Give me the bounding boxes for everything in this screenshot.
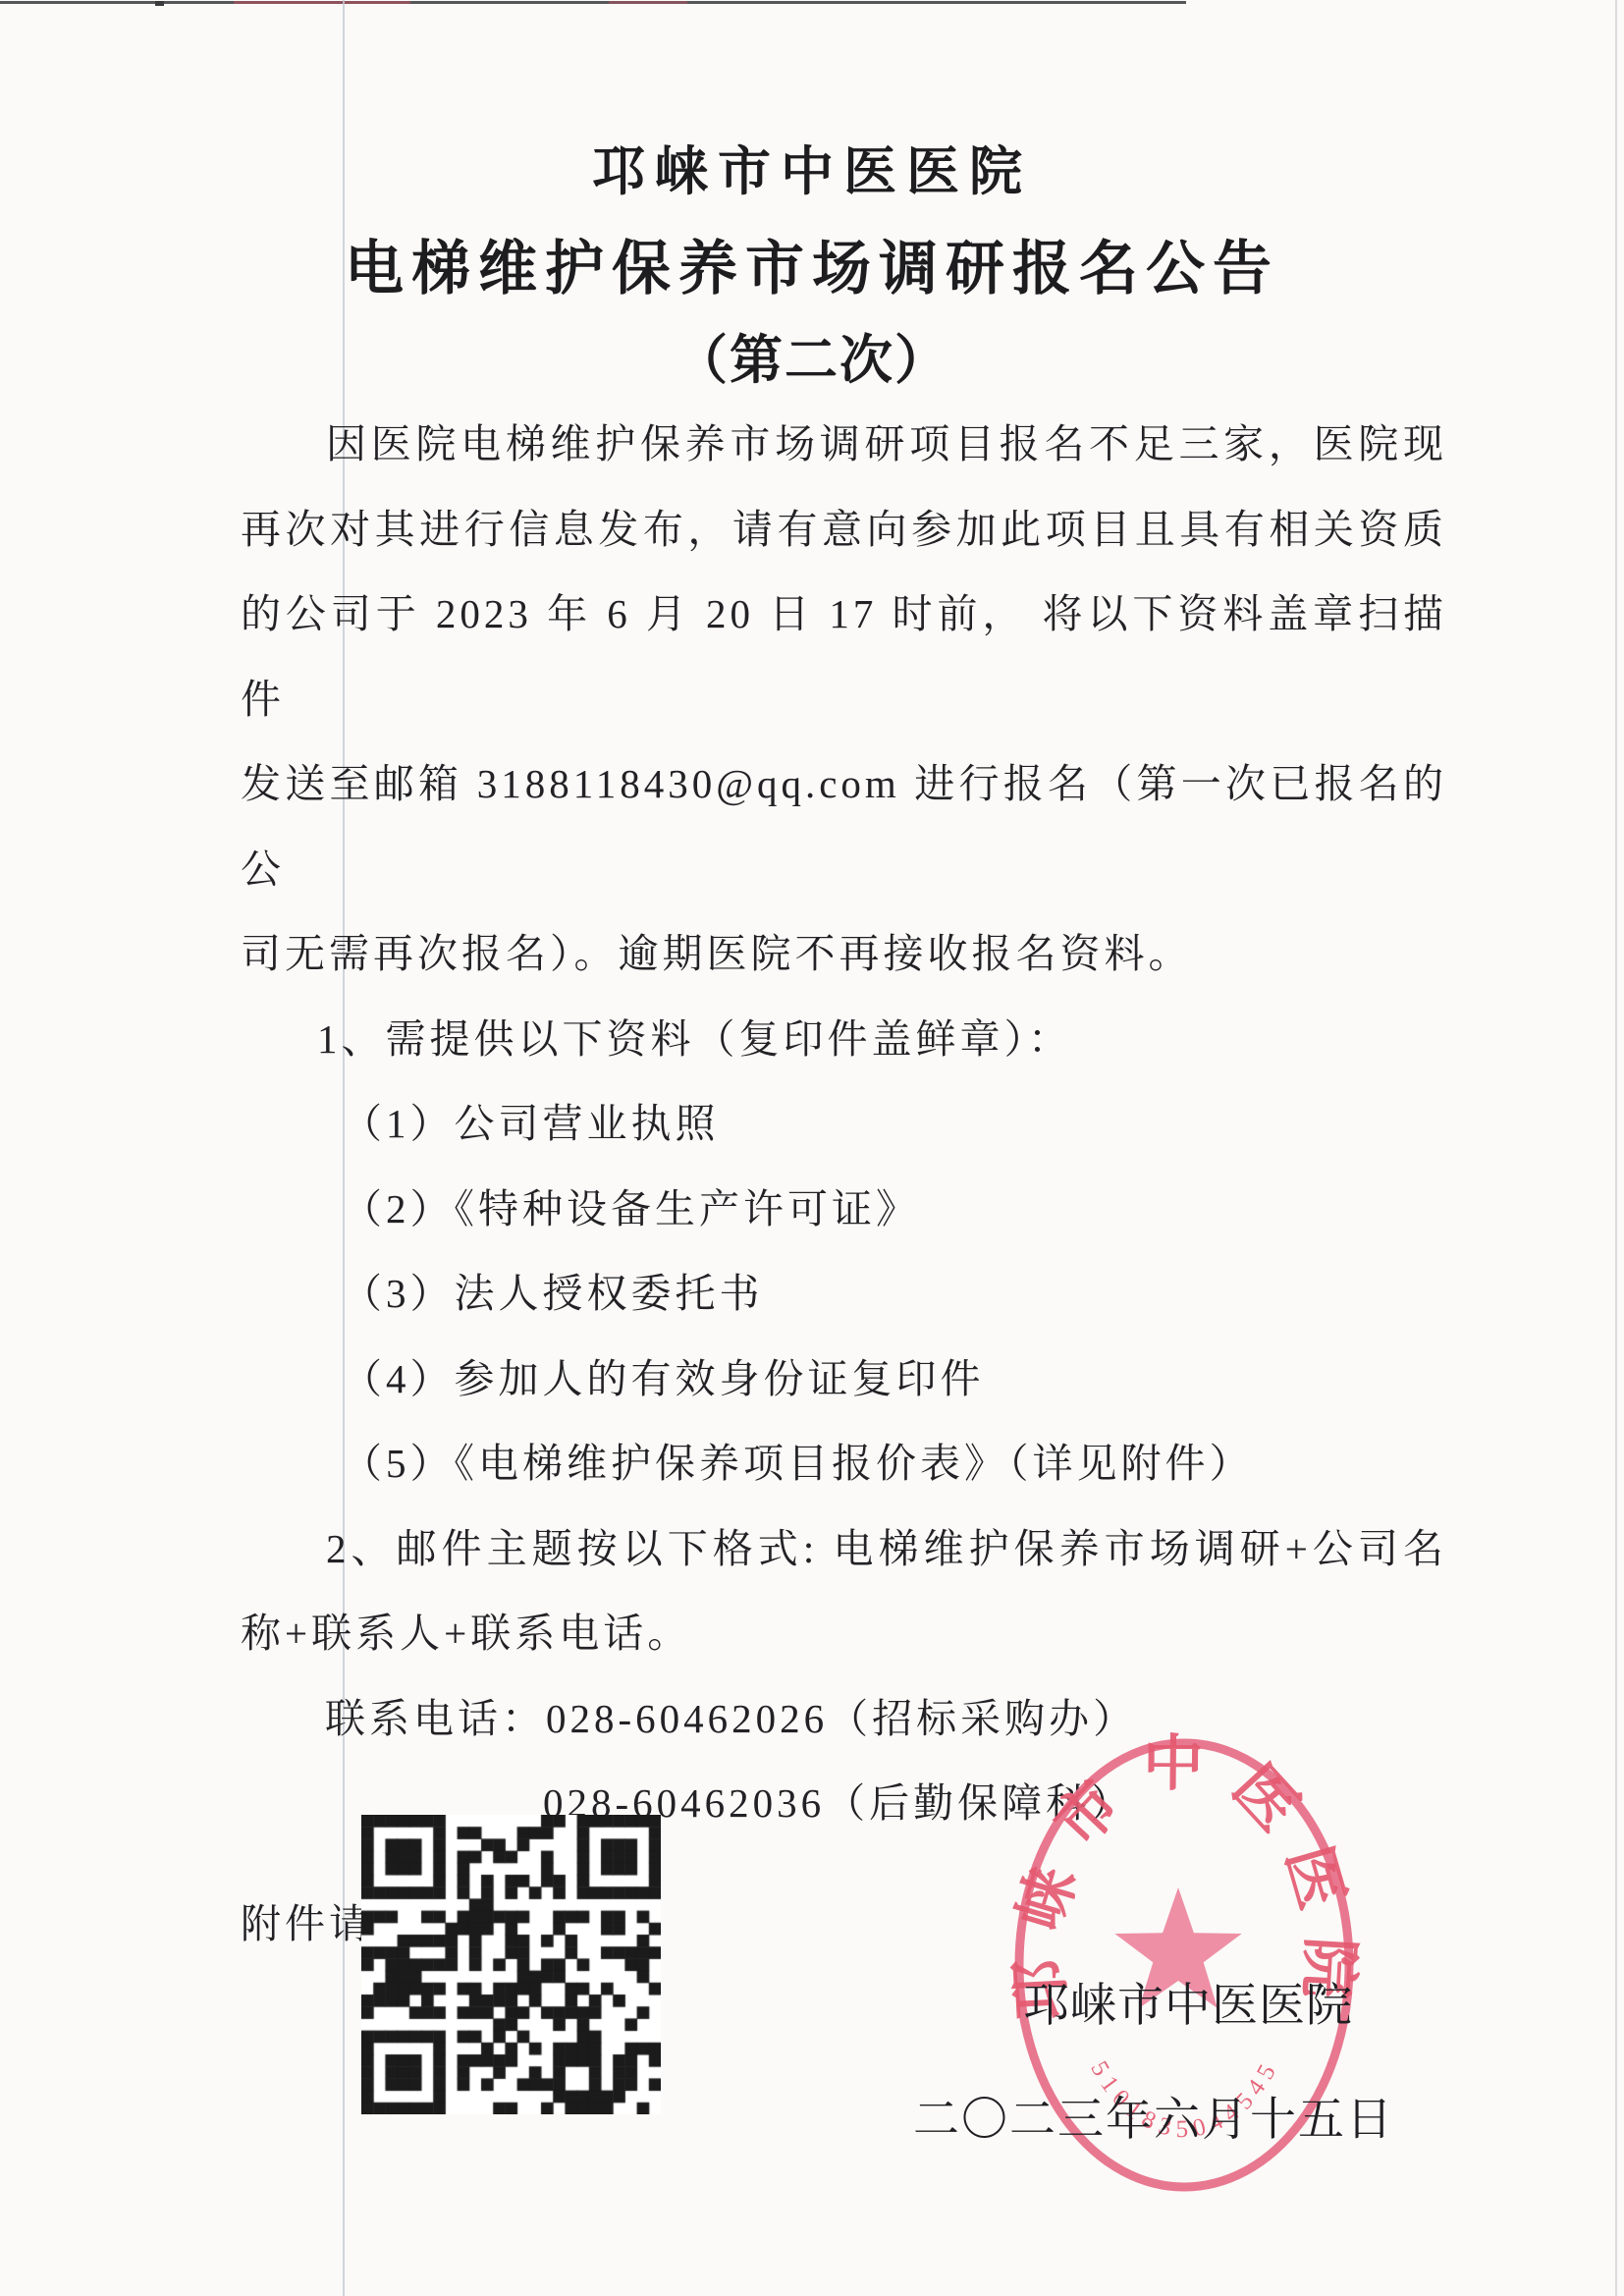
document-title-org: 邛崃市中医医院 [0,130,1624,205]
signature-date: 二〇二三年六月十五日 [913,2083,1394,2149]
document-title-subject: 电梯维护保养市场调研报名公告 [0,222,1624,306]
requirement-item-2: （2）《特种设备生产许可证》 [241,1167,1447,1252]
scan-top-edge-red-tint [234,1,410,4]
scan-top-edge-line [0,1,1186,4]
document-title-round: （第二次） [0,318,1624,394]
paragraph1-line3: 的公司于 2023 年 6 月 20 日 17 时前， 将以下资料盖章扫描件 [241,572,1447,741]
scanned-announcement-page: 邛崃市中医医院 电梯维护保养市场调研报名公告 （第二次） 因医院电梯维护保养市场… [0,0,1624,2296]
paragraph1-line4: 发送至邮箱 3188118430@qq.com 进行报名（第一次已报名的公 [241,741,1447,911]
requirement-item-4: （4）参加人的有效身份证复印件 [241,1337,1447,1422]
email-format-line1: 2、邮件主题按以下格式: 电梯维护保养市场调研+公司名 [241,1506,1447,1592]
qr-code [361,1815,661,2114]
email-format-line2: 称+联系人+联系电话。 [241,1591,1447,1676]
requirement-item-1: （1）公司营业执照 [241,1081,1447,1167]
scan-top-edge-red-tint-2 [609,1,687,4]
requirement-item-3: （3）法人授权委托书 [241,1251,1447,1337]
scan-top-edge-dot [155,1,164,6]
requirement-item-5: （5）《电梯维护保养项目报价表》（详见附件） [241,1421,1447,1506]
paragraph1-line1: 因医院电梯维护保养市场调研项目报名不足三家，医院现 [241,402,1447,487]
paragraph1-line5: 司无需再次报名）。逾期医院不再接收报名资料。 [241,911,1447,997]
requirements-header: 1、需提供以下资料（复印件盖鲜章）： [241,997,1447,1082]
paragraph1-line2: 再次对其进行信息发布，请有意向参加此项目且具有相关资质 [241,487,1447,573]
signature-org: 邛崃市中医医院 [1023,1969,1353,2035]
